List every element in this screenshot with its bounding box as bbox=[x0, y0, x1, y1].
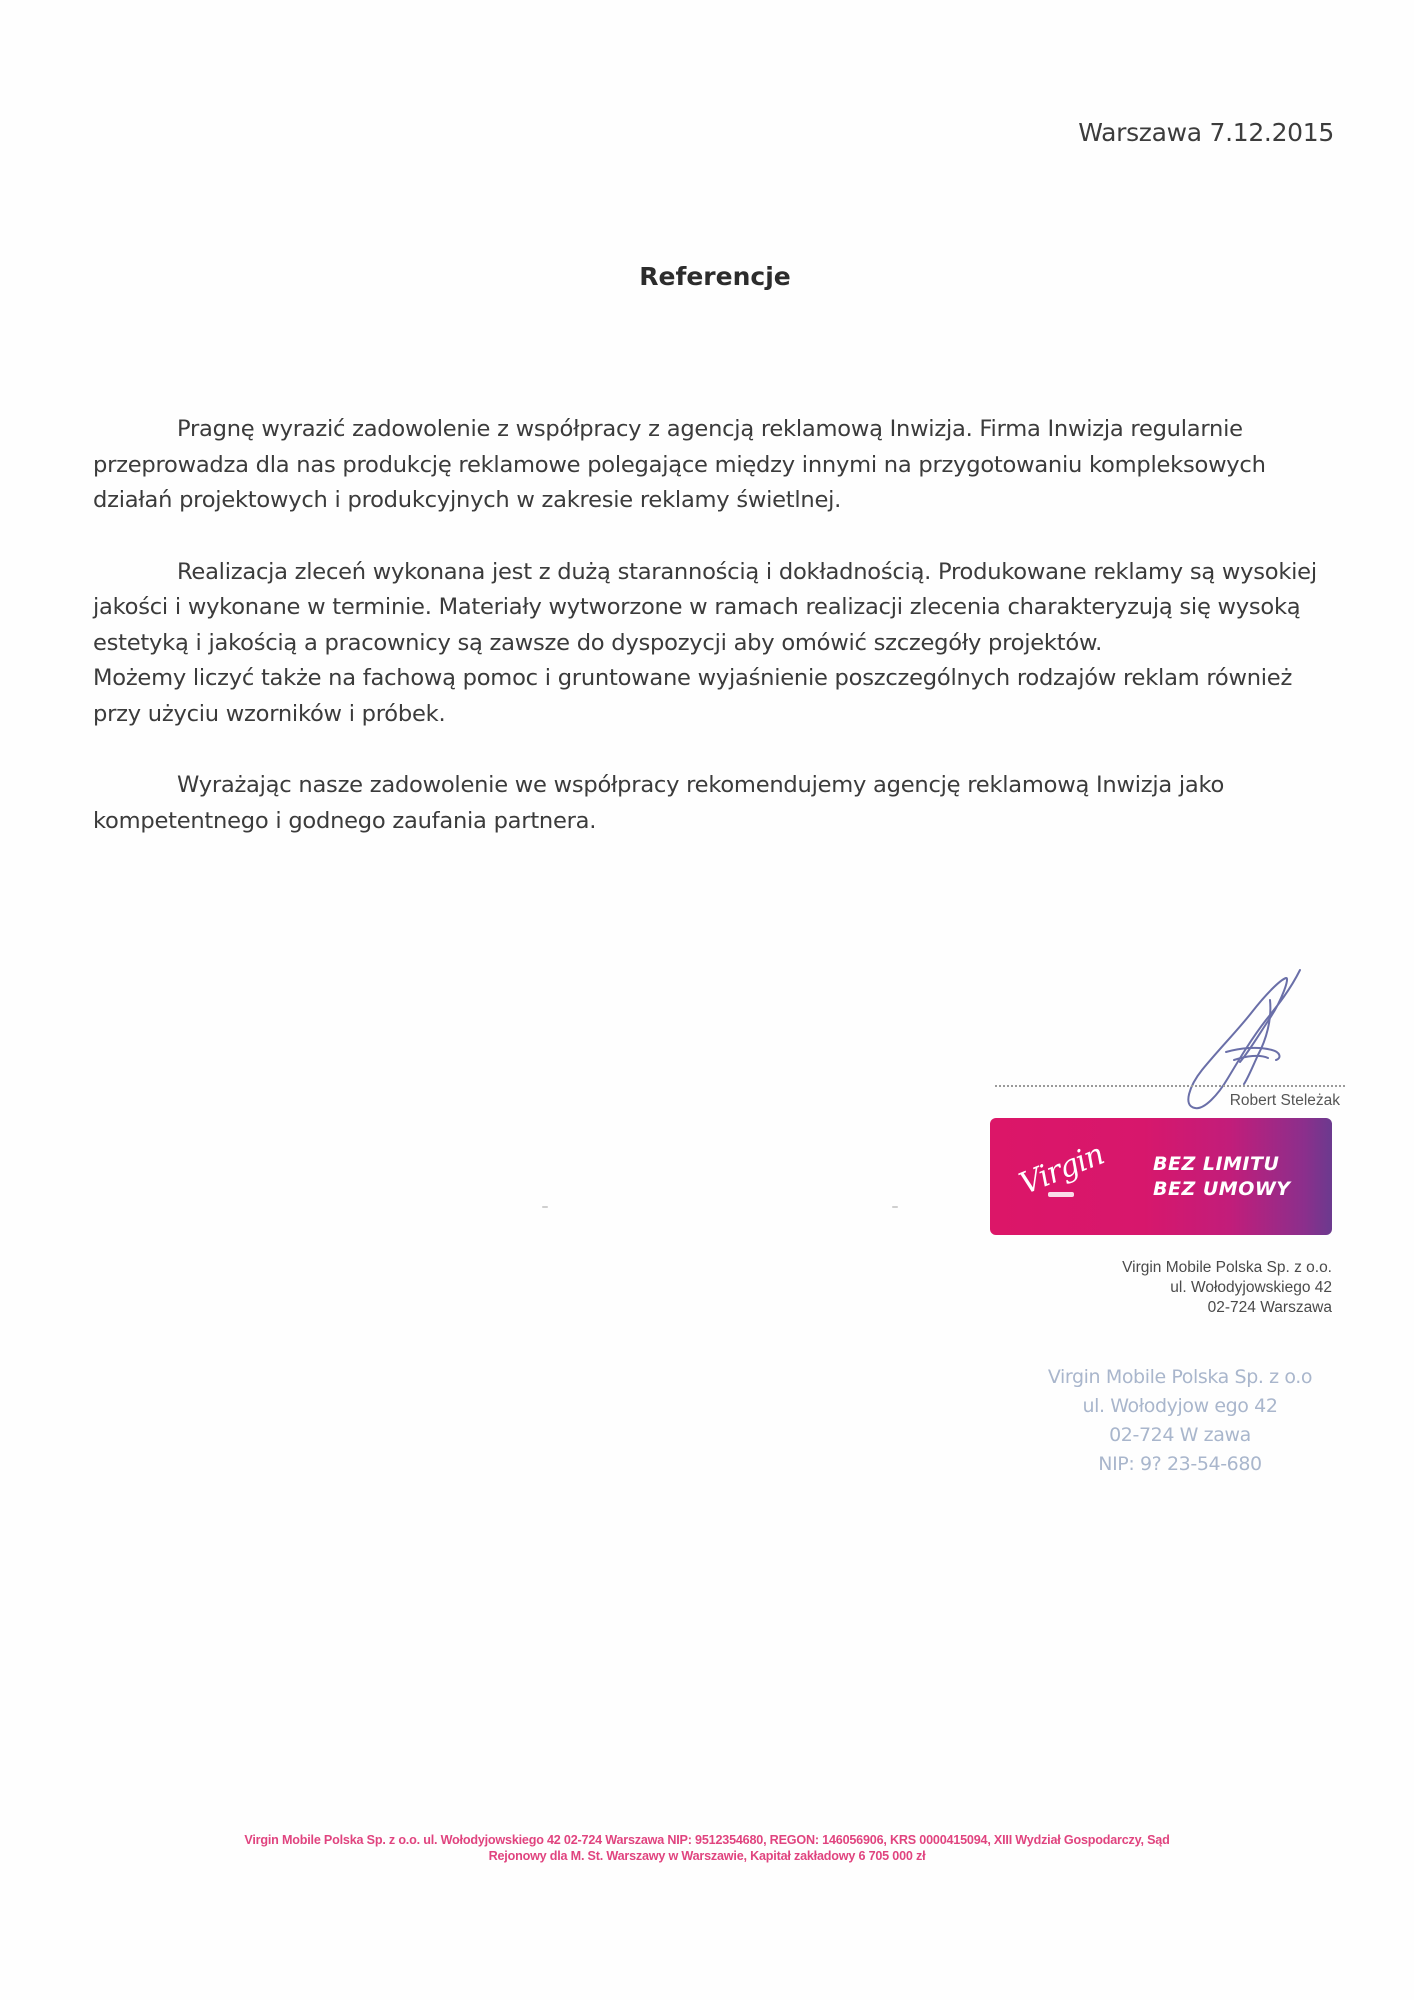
virgin-logo-swoosh-icon bbox=[1048, 1192, 1074, 1197]
footer-line-1: Virgin Mobile Polska Sp. z o.o. ul. Woło… bbox=[0, 1832, 1414, 1848]
letter-date: Warszawa 7.12.2015 bbox=[1078, 118, 1334, 147]
company-address-line-1: Virgin Mobile Polska Sp. z o.o. bbox=[1122, 1258, 1332, 1278]
stamp-slogan-line-1: BEZ LIMITU bbox=[1153, 1152, 1291, 1177]
faded-ink-stamp: Virgin Mobile Polska Sp. z o.o ul. Wołod… bbox=[1030, 1363, 1330, 1479]
signature-block: Robert Steleżak bbox=[990, 960, 1350, 1120]
virgin-logo-icon: Virgin bbox=[1018, 1146, 1088, 1210]
paragraph-gap bbox=[93, 732, 1333, 768]
ink-stamp-line-2: ul. Wołodyjow ego 42 bbox=[1030, 1392, 1330, 1421]
body-paragraph-2: Realizacja zleceń wykonana jest z dużą s… bbox=[93, 555, 1333, 662]
letter-body: Pragnę wyrazić zadowolenie z współpracy … bbox=[93, 412, 1333, 839]
ink-stamp-line-1: Virgin Mobile Polska Sp. z o.o bbox=[1030, 1363, 1330, 1392]
stamp-slogan-line-2: BEZ UMOWY bbox=[1153, 1177, 1291, 1202]
footer-line-2: Rejonowy dla M. St. Warszawy w Warszawie… bbox=[0, 1848, 1414, 1864]
paragraph-gap bbox=[93, 519, 1333, 555]
stamp-slogan: BEZ LIMITU BEZ UMOWY bbox=[1153, 1152, 1291, 1202]
company-address: Virgin Mobile Polska Sp. z o.o. ul. Woło… bbox=[1122, 1258, 1332, 1318]
ink-stamp-line-3: 02-724 W zawa bbox=[1030, 1421, 1330, 1450]
body-paragraph-3: Wyrażając nasze zadowolenie we współprac… bbox=[93, 768, 1333, 839]
letter-page: Warszawa 7.12.2015 Referencje Pragnę wyr… bbox=[0, 0, 1414, 2000]
company-address-line-2: ul. Wołodyjowskiego 42 bbox=[1122, 1278, 1332, 1298]
company-address-line-3: 02-724 Warszawa bbox=[1122, 1298, 1332, 1318]
scan-smudge bbox=[542, 1206, 548, 1208]
body-paragraph-1: Pragnę wyrazić zadowolenie z współpracy … bbox=[93, 412, 1333, 519]
scan-smudge bbox=[892, 1206, 898, 1208]
letterhead-footer: Virgin Mobile Polska Sp. z o.o. ul. Woło… bbox=[0, 1832, 1414, 1864]
ink-stamp-line-4: NIP: 9? 23-54-680 bbox=[1030, 1450, 1330, 1479]
virgin-company-stamp: Virgin BEZ LIMITU BEZ UMOWY bbox=[990, 1118, 1332, 1235]
body-paragraph-2b: Możemy liczyć także na fachową pomoc i g… bbox=[93, 661, 1333, 732]
signature-line bbox=[995, 1085, 1345, 1087]
signer-name: Robert Steleżak bbox=[1230, 1092, 1340, 1110]
letter-title: Referencje bbox=[0, 262, 1414, 291]
